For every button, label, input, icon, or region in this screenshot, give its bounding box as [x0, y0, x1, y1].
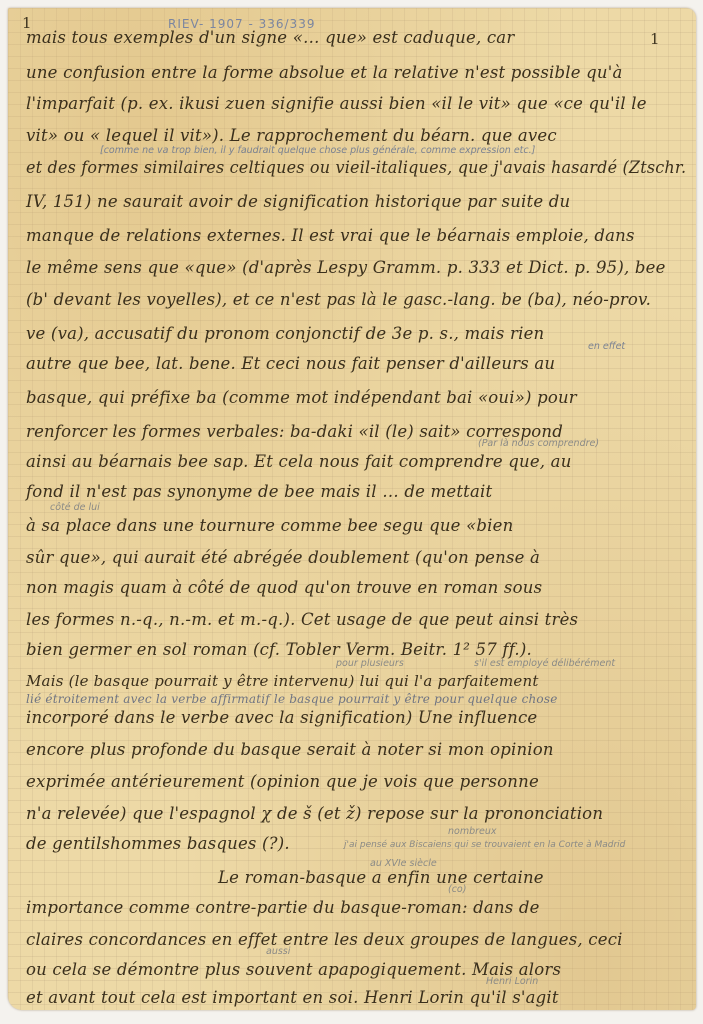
- pencil-annotation: (Par là nous comprendre): [478, 438, 599, 449]
- manuscript-line: l'imparfait (p. ex. ikusi zuen signifie …: [26, 94, 682, 113]
- manuscript-page: RIEV- 1907 - 336/339 1 1 mais tous exemp…: [8, 8, 696, 1010]
- pencil-annotation: Henri Lorin: [486, 976, 538, 987]
- manuscript-line: claires concordances en effet entre les …: [26, 930, 682, 949]
- manuscript-line: une confusion entre la forme absolue et …: [26, 63, 682, 82]
- pencil-annotation: pour plusieurs: [336, 658, 404, 669]
- pencil-annotation: [comme ne va trop bien, il y faudrait qu…: [100, 145, 535, 156]
- manuscript-line: autre que bee, lat. bene. Et ceci nous f…: [26, 354, 682, 373]
- pencil-annotation: nombreux: [448, 826, 497, 837]
- manuscript-line: ve (va), accusatif du pronom conjonctif …: [26, 324, 682, 343]
- manuscript-line: (b' devant les voyelles), et ce n'est pa…: [26, 290, 682, 309]
- manuscript-line: et des formes similaires celtiques ou vi…: [26, 158, 662, 177]
- pencil-annotation: côté de lui: [50, 502, 100, 513]
- manuscript-line: vit» ou « lequel il vit»). Le rapprochem…: [26, 126, 682, 145]
- pencil-annotation: aussi: [266, 946, 290, 957]
- manuscript-line: de gentilshommes basques (?).: [26, 834, 290, 853]
- manuscript-line: importance comme contre-partie du basque…: [26, 898, 682, 917]
- manuscript-line: ainsi au béarnais bee sap. Et cela nous …: [26, 452, 682, 471]
- manuscript-line: IV, 151) ne saurait avoir de significati…: [26, 192, 682, 211]
- manuscript-line: non magis quam à côté de quod qu'on trou…: [26, 578, 682, 597]
- manuscript-line: exprimée antérieurement (opinion que je …: [26, 772, 682, 791]
- manuscript-line: mais tous exemples d'un signe «… que» es…: [26, 28, 682, 47]
- pencil-annotation: s'il est employé délibérément: [474, 658, 615, 669]
- manuscript-line: à sa place dans une tournure comme bee s…: [26, 516, 682, 535]
- manuscript-line: les formes n.-q., n.-m. et m.-q.). Cet u…: [26, 610, 682, 629]
- pencil-annotation: j'ai pensé aux Biscaiens qui se trouvaie…: [344, 840, 625, 850]
- manuscript-line: sûr que», qui aurait été abrégée doublem…: [26, 548, 682, 567]
- pencil-annotation: en effet: [588, 341, 625, 352]
- pencil-annotation: (co): [448, 884, 466, 895]
- manuscript-line: manque de relations externes. Il est vra…: [26, 226, 682, 245]
- manuscript-line: lié étroitement avec la verbe affirmatif…: [26, 692, 682, 706]
- manuscript-line: le même sens que «que» (d'après Lespy Gr…: [26, 258, 682, 277]
- manuscript-line: bien germer en sol roman (cf. Tobler Ver…: [26, 640, 682, 659]
- manuscript-line: Mais (le basque pourrait y être interven…: [26, 672, 682, 690]
- manuscript-line: fond il n'est pas synonyme de bee mais i…: [26, 482, 682, 501]
- manuscript-line: et avant tout cela est important en soi.…: [26, 988, 682, 1007]
- manuscript-line: ou cela se démontre plus souvent apapogi…: [26, 960, 682, 979]
- manuscript-line: incorporé dans le verbe avec la signific…: [26, 708, 682, 727]
- manuscript-line: encore plus profonde du basque serait à …: [26, 740, 682, 759]
- manuscript-line: n'a relevée) que l'espagnol χ de š (et ž…: [26, 804, 682, 823]
- manuscript-line: basque, qui préfixe ba (comme mot indépe…: [26, 388, 682, 407]
